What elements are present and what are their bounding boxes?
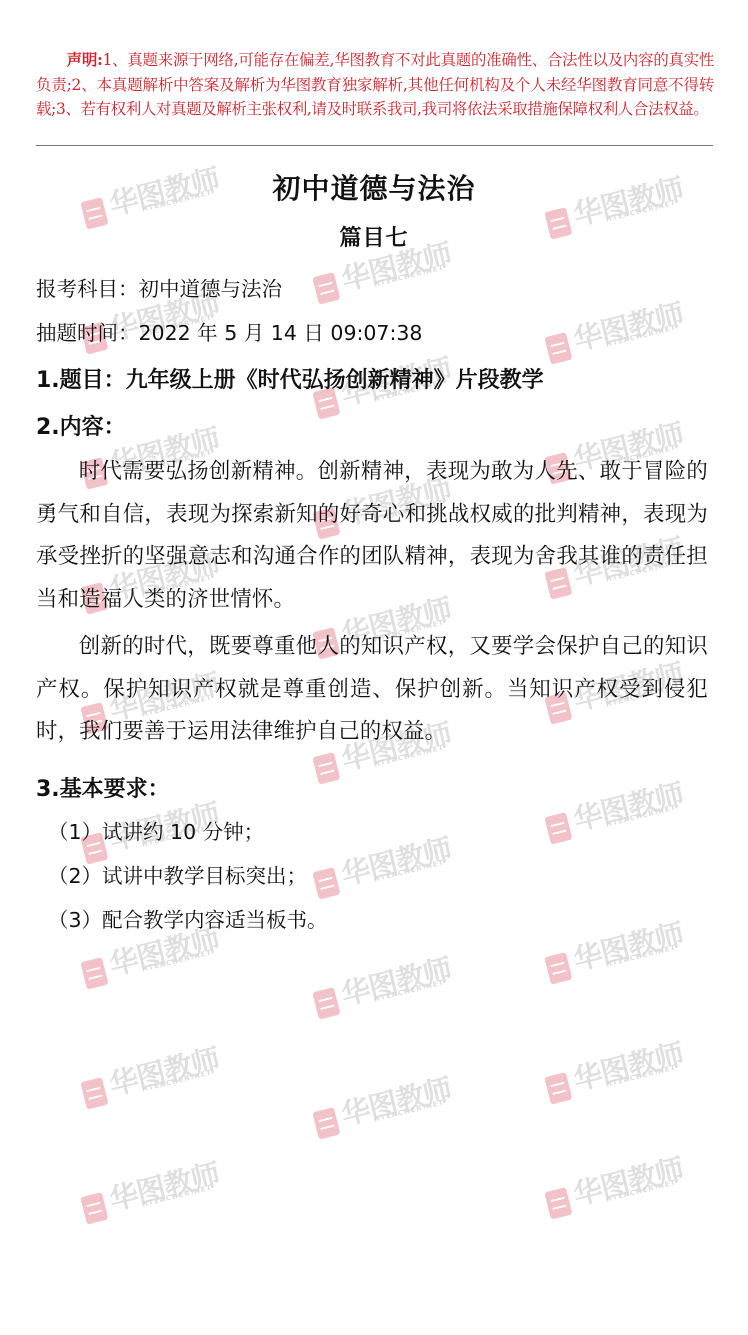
watermark-text: 华图教师	[569, 292, 688, 359]
divider	[36, 145, 713, 146]
watermark-text: 华图教师	[337, 1067, 456, 1134]
requirement-item: （1）试讲约 10 分钟；	[48, 815, 264, 845]
content-paragraph: 创新的时代，既要尊重他人的知识产权，又要学会保护自己的知识产权。保护知识产权就是…	[36, 626, 708, 754]
watermark-url: HTEACHER.NET	[141, 948, 213, 973]
watermark-url: HTEACHER.NET	[605, 1063, 677, 1088]
watermark: 华图教师HTEACHER.NET	[76, 1031, 225, 1119]
watermark-text: 华图教师	[569, 912, 688, 979]
requirements-heading: 3.基本要求：	[36, 772, 170, 803]
disclaimer-lead: 声明:	[67, 51, 103, 69]
huatu-logo-icon	[312, 867, 340, 899]
huatu-logo-icon	[544, 1187, 572, 1219]
watermark: 华图教师HTEACHER.NET	[308, 941, 457, 1029]
watermark: 华图教师HTEACHER.NET	[540, 906, 689, 994]
huatu-logo-icon	[312, 752, 340, 784]
huatu-logo-icon	[80, 957, 108, 989]
huatu-logo-icon	[544, 332, 572, 364]
watermark-url: HTEACHER.NET	[373, 1098, 445, 1123]
watermark-text: 华图教师	[569, 1147, 688, 1214]
page-title: 初中道德与法治	[0, 167, 748, 207]
watermark-url: HTEACHER.NET	[605, 1178, 677, 1203]
watermark-url: HTEACHER.NET	[141, 1068, 213, 1093]
watermark: 华图教师HTEACHER.NET	[540, 286, 689, 374]
page-subtitle: 篇目七	[0, 221, 748, 252]
huatu-logo-icon	[80, 1192, 108, 1224]
watermark-url: HTEACHER.NET	[605, 803, 677, 828]
content-heading: 2.内容：	[36, 410, 126, 441]
content-paragraph: 时代需要弘扬创新精神。创新精神，表现为敢为人先、敢于冒险的勇气和自信，表现为探索…	[36, 451, 708, 621]
huatu-logo-icon	[312, 272, 340, 304]
watermark: 华图教师HTEACHER.NET	[308, 1061, 457, 1149]
watermark-url: HTEACHER.NET	[605, 943, 677, 968]
watermark: 华图教师HTEACHER.NET	[540, 766, 689, 854]
watermark-url: HTEACHER.NET	[141, 1183, 213, 1208]
watermark-url: HTEACHER.NET	[373, 978, 445, 1003]
watermark: 华图教师HTEACHER.NET	[308, 821, 457, 909]
watermark-url: HTEACHER.NET	[373, 263, 445, 288]
huatu-logo-icon	[312, 987, 340, 1019]
watermark-url: HTEACHER.NET	[605, 323, 677, 348]
watermark: 华图教师HTEACHER.NET	[540, 1141, 689, 1229]
draw-time: 抽题时间：2022 年 5 月 14 日 09:07:38	[36, 316, 422, 346]
disclaimer-text: 1、真题来源于网络,可能存在偏差,华图教育不对此真题的准确性、合法性以及内容的真…	[36, 51, 714, 118]
watermark: 华图教师HTEACHER.NET	[76, 1146, 225, 1234]
watermark-text: 华图教师	[337, 947, 456, 1014]
watermark-text: 华图教师	[569, 1032, 688, 1099]
requirement-item: （3）配合教学内容适当板书。	[48, 903, 328, 933]
watermark-text: 华图教师	[105, 1152, 224, 1219]
watermark-text: 华图教师	[569, 772, 688, 839]
requirement-item: （2）试讲中教学目标突出；	[48, 859, 307, 889]
topic-heading: 1.题目：九年级上册《时代弘扬创新精神》片段教学	[36, 363, 544, 394]
disclaimer: 声明:1、真题来源于网络,可能存在偏差,华图教育不对此真题的准确性、合法性以及内…	[36, 48, 714, 122]
exam-subject: 报考科目：初中道德与法治	[36, 272, 282, 302]
watermark: 华图教师HTEACHER.NET	[540, 1026, 689, 1114]
huatu-logo-icon	[80, 1077, 108, 1109]
document-page: 华图教师HTEACHER.NET华图教师HTEACHER.NET华图教师HTEA…	[0, 0, 748, 1335]
watermark-text: 华图教师	[337, 827, 456, 894]
huatu-logo-icon	[312, 1107, 340, 1139]
huatu-logo-icon	[544, 812, 572, 844]
huatu-logo-icon	[544, 952, 572, 984]
watermark-url: HTEACHER.NET	[373, 858, 445, 883]
watermark-text: 华图教师	[105, 1037, 224, 1104]
huatu-logo-icon	[544, 1072, 572, 1104]
